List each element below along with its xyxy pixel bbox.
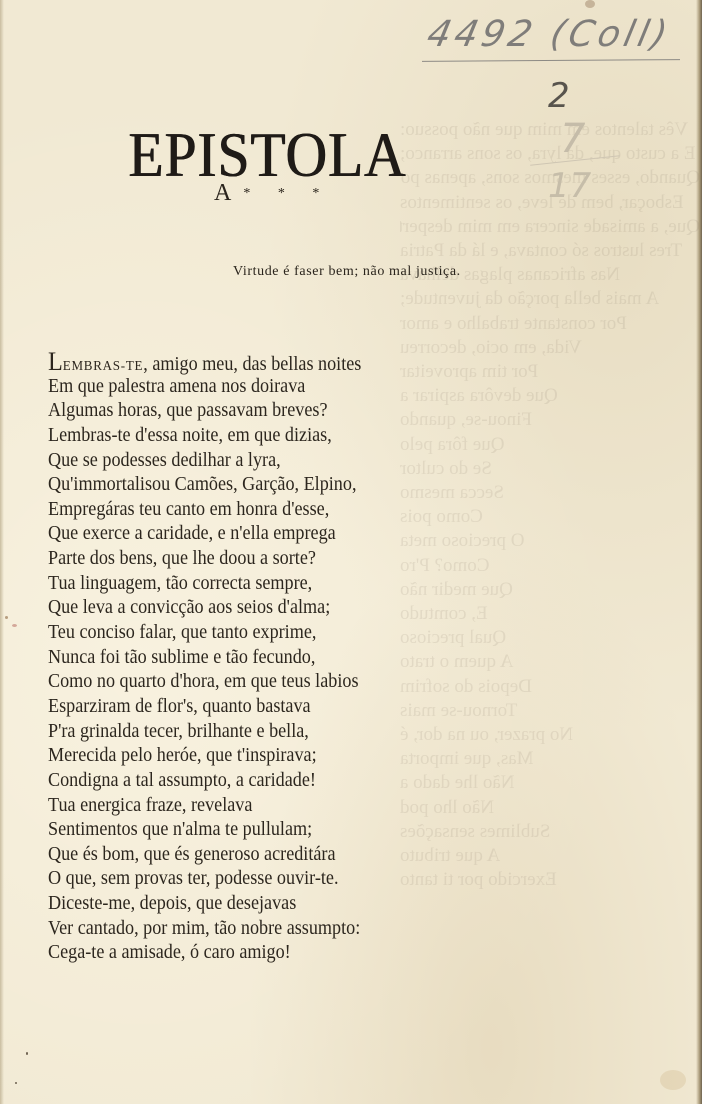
pencil-page-mark: 2 [548,76,570,116]
showthrough-line: Depois do sofrim [400,675,700,699]
showthrough-line: Que, a amisade sincera em mim desperta. [400,215,700,239]
showthrough-line: Finou-se, quando [400,408,700,432]
poem-body: LEMBRAS-TE, amigo meu, das bellas noites… [48,350,385,966]
page-left-edge [0,0,4,1104]
showthrough-line: Qual precioso [400,626,700,650]
showthrough-line: Como pois [400,505,700,529]
showthrough-line: No prazer, ou na dor, é [400,723,700,747]
poem-line-4: Lembras-te d'essa noite, em que dizias, [48,424,361,449]
paper-speck [5,616,8,619]
pencil-faint-mark-upper: 7 [560,116,585,162]
poem-line-15: Esparziram de flor's, quanto bastava [48,695,361,720]
showthrough-line: A quem o trato [400,650,700,674]
reverse-side-showthrough: Vês talentos em mim que não possuo:E a c… [400,118,700,893]
showthrough-line: Tornou-se mais [400,699,700,723]
showthrough-line: Não lhe dado a [400,771,700,795]
pencil-catalog-number: 4492 (Coll) [424,14,675,55]
paper-speck [26,1052,28,1055]
showthrough-line: Não lho pod [400,796,700,820]
book-page: Vês talentos em mim que não possuo:E a c… [0,0,702,1104]
poem-line-5: Que se podesses dedilhar a lyra, [48,449,361,474]
showthrough-line: Se do cultor [400,457,700,481]
paper-stain [660,1070,686,1090]
showthrough-line: Exercido por ti tanto [400,868,700,892]
showthrough-line: Por tim aproveitar [400,360,700,384]
dedication-stars: * * * [243,186,331,201]
showthrough-line: Que medir não [400,578,700,602]
showthrough-line: Secca mesmo [400,481,700,505]
poem-line-8: Que exerce a caridade, e n'ella emprega [48,522,361,547]
poem-line-13: Nunca foi tão sublime e tão fecundo, [48,646,361,671]
showthrough-line: Vês talentos em mim que não possuo: [400,118,700,142]
paper-speck [12,624,17,627]
poem-line-17: Merecida pelo heróe, que t'inspirava; [48,744,361,769]
showthrough-line: A mais bella porção da juventude; [400,287,700,311]
poem-line-24: Ver cantado, por mim, tão nobre assumpto… [48,917,361,942]
showthrough-line: Tres lustros só contava, e lá da Patria [400,239,700,263]
small-caps-word: EMBRAS-TE [63,359,143,374]
showthrough-line: A que tributo [400,844,700,868]
paper-speck [15,1082,17,1084]
poem-line-20: Sentimentos que n'alma te pullulam; [48,818,361,843]
poem-line-9: Parte dos bens, que lhe doou a sorte? [48,547,361,572]
poem-line-3: Algumas horas, que passavam breves? [48,399,361,424]
poem-line-21: Que és bom, que és generoso acreditára [48,843,361,868]
poem-line-16: P'ra grinalda tecer, brilhante e bella, [48,720,361,745]
showthrough-line: O precioso meta [400,529,700,553]
poem-line-2: Em que palestra amena nos doirava [48,375,361,400]
paper-stain [585,0,595,8]
showthrough-line: Que devôra aspirar a [400,384,700,408]
dedication-letter: A [214,180,233,206]
poem-line-19: Tua energica fraze, revelava [48,794,361,819]
showthrough-line: Vida, em ocio, decorreu [400,336,700,360]
poem-line-18: Condigna a tal assumpto, a caridade! [48,769,361,794]
showthrough-line: E, comtudo [400,602,700,626]
showthrough-line: Que fôra pelo [400,433,700,457]
poem-line-12: Teu conciso falar, que tanto exprime, [48,621,361,646]
poem-line-14: Como no quarto d'hora, em que teus labio… [48,670,361,695]
poem-line-25: Cega-te a amisade, ó caro amigo! [48,941,361,966]
poem-line-6: Qu'immortalisou Camões, Garção, Elpino, [48,473,361,498]
dedication: A* * * [214,180,331,207]
showthrough-line: Por constante trabalho e amor [400,312,700,336]
showthrough-line: Como? P'ro [400,554,700,578]
pencil-underline [422,59,680,62]
epigraph: Virtude é faser bem; não mal justiça. [233,263,461,281]
poem-line-10: Tua linguagem, tão correcta sempre, [48,572,361,597]
first-line-remainder: , amigo meu, das bellas noites [143,354,361,375]
poem-line-7: Empregáras teu canto em honra d'esse, [48,498,361,523]
page-title: EPISTOLA [128,123,398,187]
poem-line-23: Diceste-me, depois, que desejavas [48,892,361,917]
poem-line-11: Que leva a convicção aos seios d'alma; [48,596,361,621]
page-right-edge [696,0,702,1104]
poem-line-22: O que, sem provas ter, podesse ouvir-te. [48,867,361,892]
showthrough-line: Mas, que importa [400,747,700,771]
showthrough-line: Sublimes sensações [400,820,700,844]
drop-initial: L [48,347,63,376]
poem-line-1: LEMBRAS-TE, amigo meu, das bellas noites [48,350,361,375]
pencil-faint-mark-lower: 17 [548,166,591,206]
